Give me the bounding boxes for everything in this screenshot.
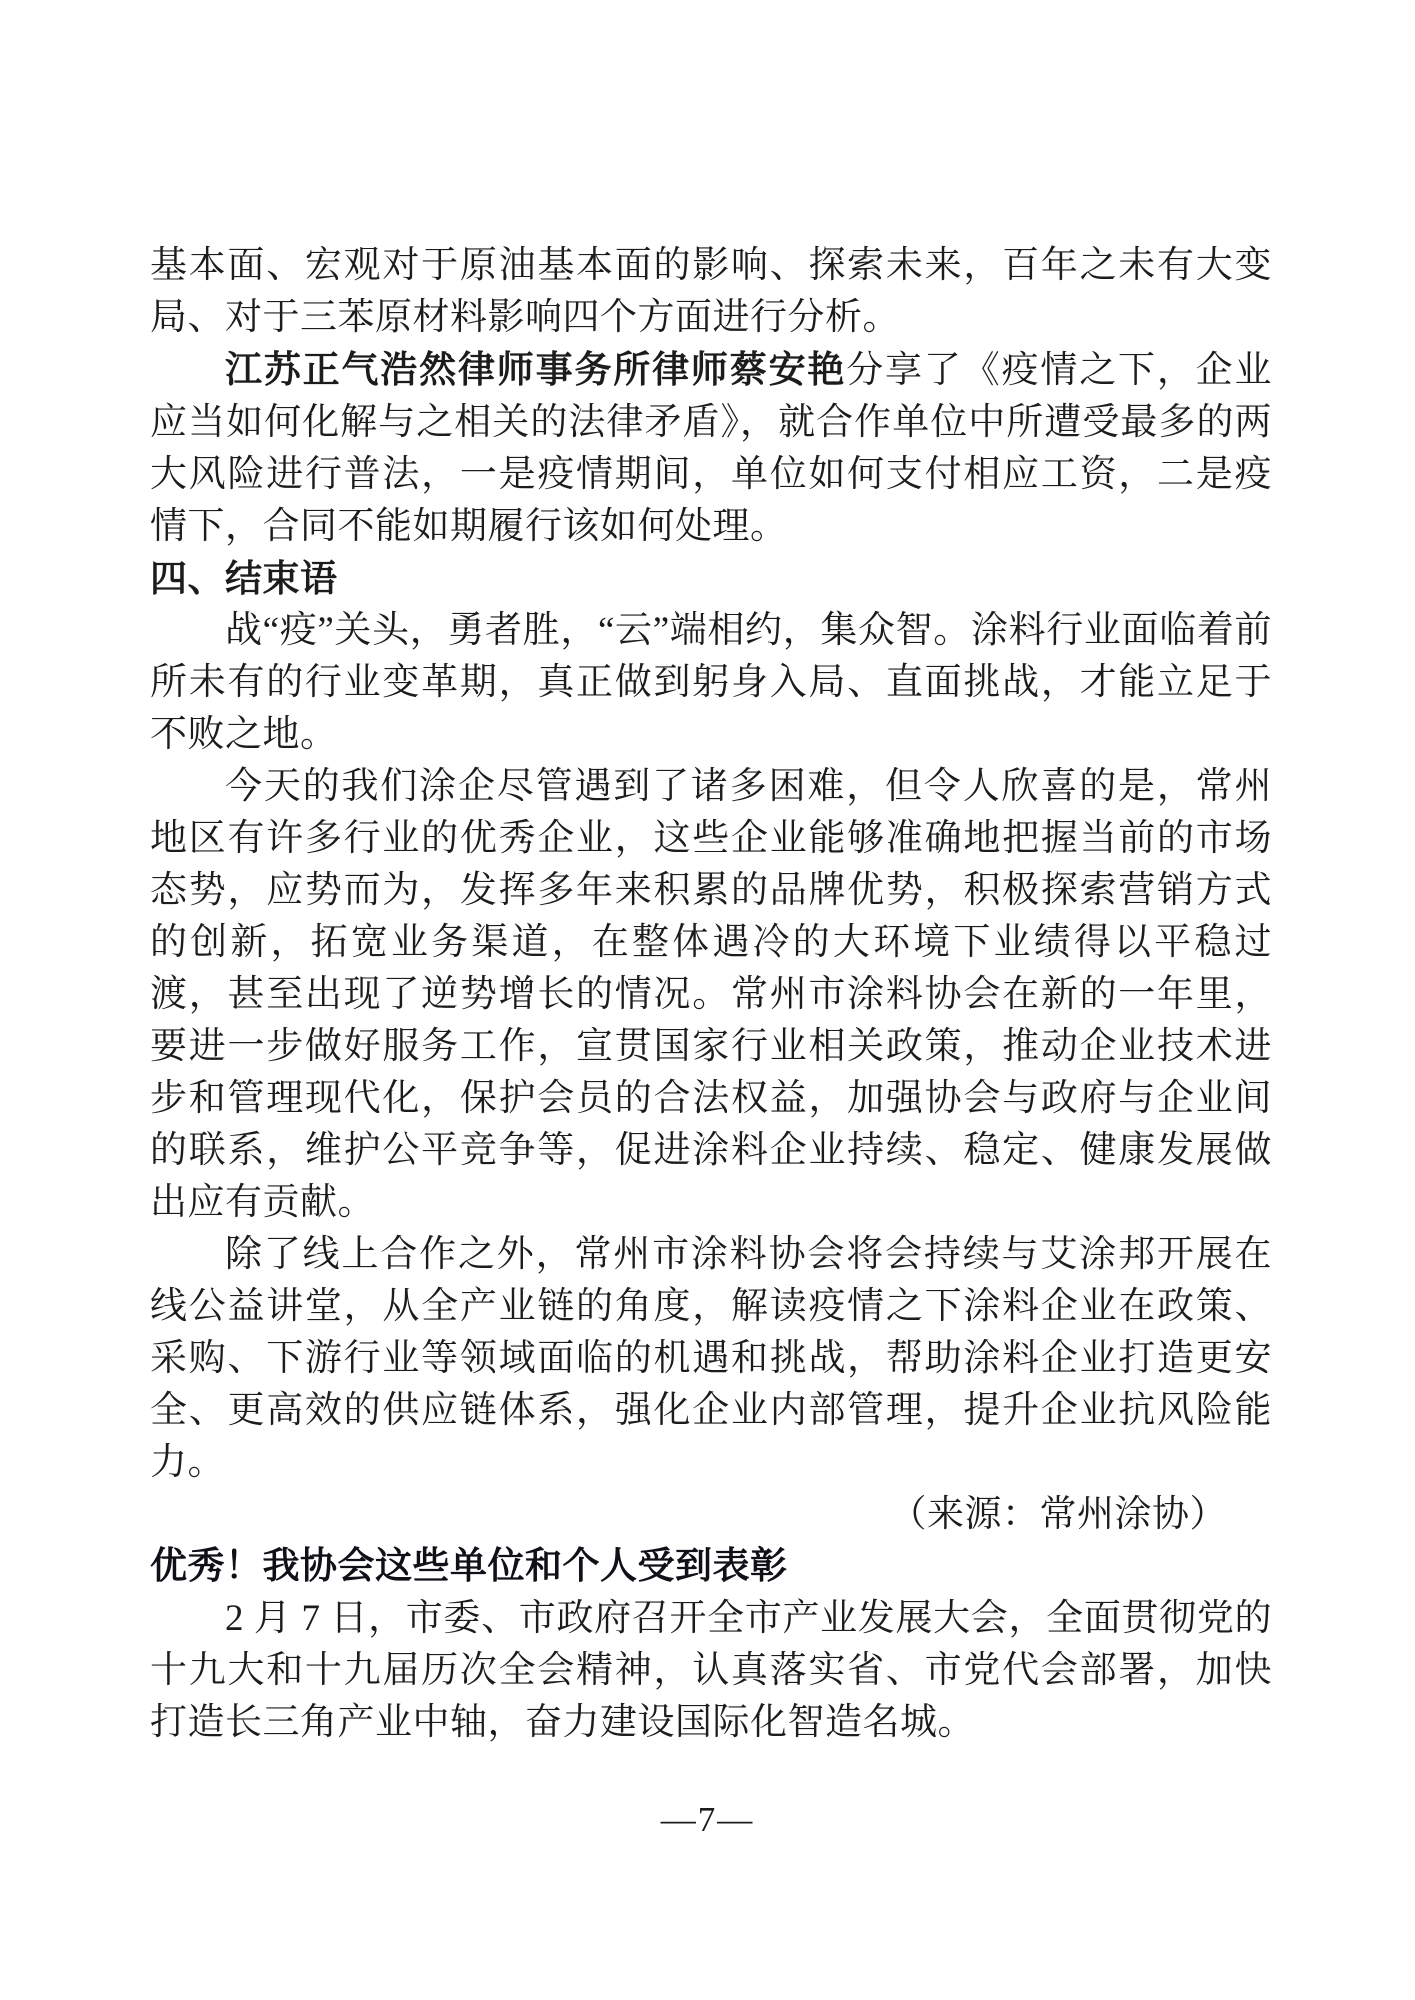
- paragraph-online-cooperation: 除了线上合作之外，常州市涂料协会将会持续与艾涂邦开展在线公益讲堂，从全产业链的角…: [150, 1229, 1272, 1489]
- page-number: —7—: [0, 1798, 1415, 1842]
- lawyer-name-emphasis: 江苏正气浩然律师事务所律师蔡安艳: [225, 349, 846, 390]
- paragraph-lawyer-share: 江苏正气浩然律师事务所律师蔡安艳分享了《疫情之下，企业应当如何化解与之相关的法律…: [150, 344, 1272, 553]
- article-heading-award: 优秀！我协会这些单位和个人受到表彰: [150, 1541, 1272, 1593]
- source-attribution: （来源：常州涂协）: [150, 1489, 1272, 1541]
- paragraph-battle-epidemic: 战“疫”关头，勇者胜，“云”端相约，集众智。涂料行业面临着前所未有的行业变革期，…: [150, 605, 1272, 761]
- paragraph-city-meeting: 2 月 7 日，市委、市政府召开全市产业发展大会，全面贯彻党的十九大和十九届历次…: [150, 1593, 1272, 1749]
- document-page: 基本面、宏观对于原油基本面的影响、探索未来，百年之未有大变局、对于三苯原材料影响…: [0, 0, 1415, 2000]
- paragraph-today-enterprises: 今天的我们涂企尽管遇到了诸多困难，但令人欣喜的是，常州地区有许多行业的优秀企业，…: [150, 761, 1272, 1229]
- section-heading-conclusion: 四、结束语: [150, 553, 1272, 605]
- document-body: 基本面、宏观对于原油基本面的影响、探索未来，百年之未有大变局、对于三苯原材料影响…: [150, 240, 1272, 1749]
- paragraph-analysis-continuation: 基本面、宏观对于原油基本面的影响、探索未来，百年之未有大变局、对于三苯原材料影响…: [150, 240, 1272, 344]
